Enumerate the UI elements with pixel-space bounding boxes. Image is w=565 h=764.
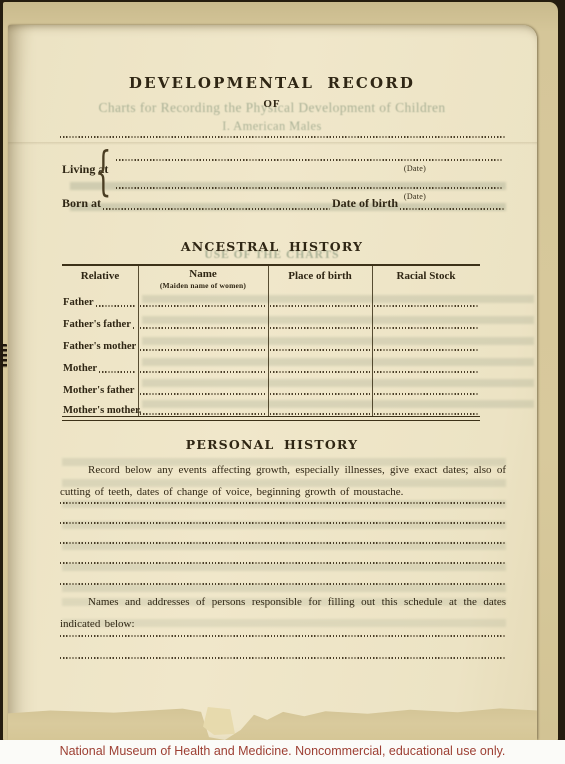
address-fill-line-1 <box>116 159 502 161</box>
column-header-name-subnote: (Maiden name of women) <box>138 281 268 290</box>
table-row-mother: Mother <box>62 356 480 374</box>
date-of-birth-fill-line <box>400 208 504 210</box>
column-header-place-of-birth: Place of birth <box>268 270 372 283</box>
column-header-name-text: Name <box>189 268 217 280</box>
place-cell-fill-line <box>270 327 370 329</box>
table-row-father: Father <box>62 290 480 308</box>
personal-history-fill-line <box>60 522 506 524</box>
table-bottom-double-border <box>62 416 480 421</box>
row-label: Mother's mother. <box>63 405 141 416</box>
place-cell-fill-line <box>270 371 370 373</box>
place-cell-fill-line <box>270 393 370 395</box>
names-addresses-note: Names and addresses of persons responsib… <box>60 591 506 635</box>
stock-cell-fill-line <box>374 327 478 329</box>
archive-caption-text: National Museum of Health and Medicine. … <box>0 740 565 763</box>
born-at-fill-line <box>103 208 330 210</box>
place-cell-fill-line <box>270 349 370 351</box>
place-cell-fill-line <box>270 413 370 415</box>
column-header-relative: Relative <box>62 270 138 283</box>
form-title: DEVELOPMENTAL RECORD <box>49 74 495 92</box>
of-label: OF <box>49 98 495 110</box>
brace-glyph: { <box>95 146 112 198</box>
row-label: Mother <box>63 363 97 374</box>
personal-history-fill-line <box>60 583 506 585</box>
born-at-row: Born at Date of birth <box>62 196 506 211</box>
label-dot-leader <box>96 305 136 307</box>
born-at-label: Born at <box>62 196 101 211</box>
place-cell-fill-line <box>270 305 370 307</box>
name-cell-fill-line <box>140 371 266 373</box>
personal-history-instructions: Record below any events affecting growth… <box>60 459 506 503</box>
address-fill-line-2 <box>116 187 502 189</box>
table-row-fathers-father: Father's father <box>62 312 480 330</box>
ancestral-history-heading: ANCESTRAL HISTORY <box>49 239 495 254</box>
date-sublabel-1: (Date) <box>385 164 445 173</box>
personal-history-fill-line <box>60 502 506 504</box>
stock-cell-fill-line <box>374 305 478 307</box>
name-cell-fill-line <box>140 413 266 415</box>
archive-caption-strip: National Museum of Health and Medicine. … <box>0 740 565 764</box>
names-fill-line <box>60 635 506 637</box>
name-cell-fill-line <box>140 393 266 395</box>
date-of-birth-label: Date of birth <box>332 196 398 211</box>
row-label: Father <box>63 297 94 308</box>
names-fill-line <box>60 657 506 659</box>
name-cell-fill-line <box>140 305 266 307</box>
personal-history-fill-line <box>60 542 506 544</box>
name-fill-line <box>60 136 506 138</box>
scanned-form-page: Charts for Recording the Physical Develo… <box>0 0 565 764</box>
table-row-mothers-father: Mother's father <box>62 378 480 396</box>
personal-history-heading: PERSONAL HISTORY <box>49 437 495 452</box>
stock-cell-fill-line <box>374 349 478 351</box>
stock-cell-fill-line <box>374 413 478 415</box>
table-row-fathers-mother: Father's mother <box>62 334 480 352</box>
column-header-racial-stock: Racial Stock <box>372 270 480 283</box>
name-cell-fill-line <box>140 327 266 329</box>
label-dot-leader <box>133 327 136 329</box>
column-header-name: Name (Maiden name of women) <box>138 268 268 290</box>
row-label: Mother's father <box>63 385 134 396</box>
table-top-border <box>62 264 480 266</box>
bleedthrough-subheading: I. American Males <box>49 119 495 134</box>
row-label: Father's mother <box>63 341 136 352</box>
table-row-mothers-mother: Mother's mother. <box>62 398 480 416</box>
binding-mark <box>1 344 7 368</box>
row-label: Father's father <box>63 319 131 330</box>
label-dot-leader <box>99 371 136 373</box>
stock-cell-fill-line <box>374 393 478 395</box>
personal-history-fill-line <box>60 562 506 564</box>
stock-cell-fill-line <box>374 371 478 373</box>
name-cell-fill-line <box>140 349 266 351</box>
paper-crease <box>8 142 537 145</box>
